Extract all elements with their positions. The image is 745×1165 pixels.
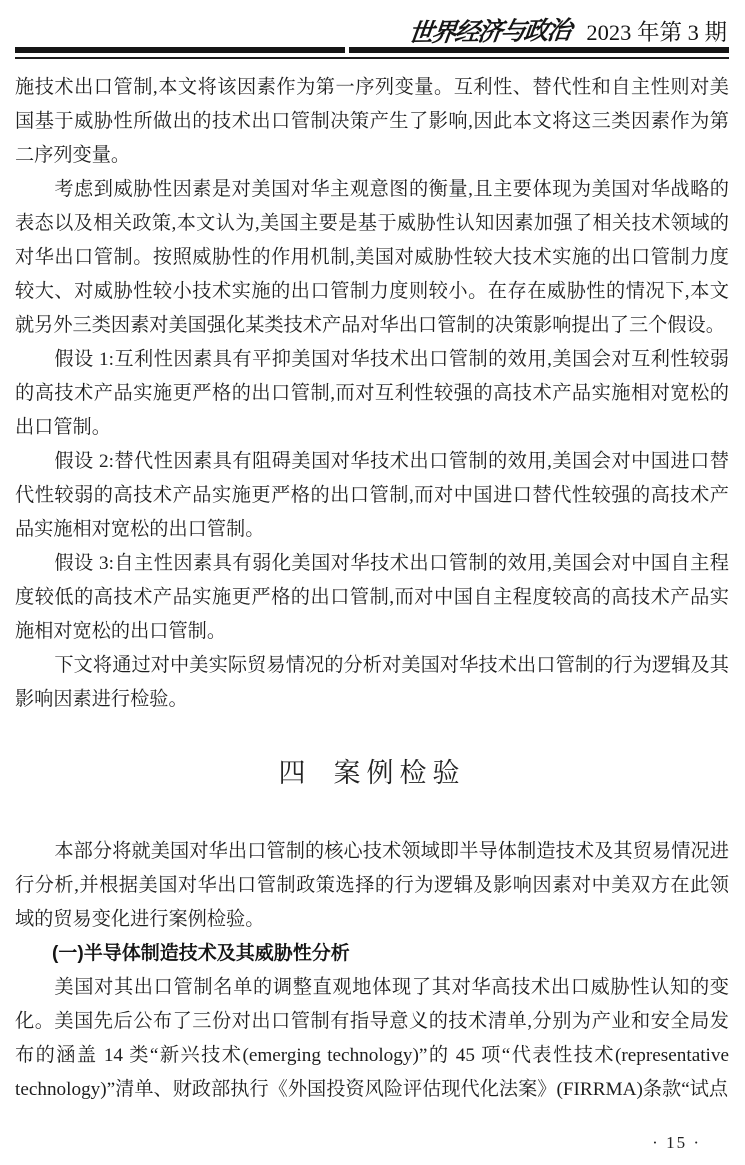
- journal-title-calligraphy: 世界经济与政治: [407, 11, 573, 50]
- page-header: 世界经济与政治 2023 年第 3 期: [15, 12, 729, 43]
- subsection-heading: (一)半导体制造技术及其威胁性分析: [15, 937, 729, 971]
- paragraph-hypothesis-1: 假设 1:互利性因素具有平抑美国对华技术出口管制的效用,美国会对互利性较弱的高技…: [15, 343, 729, 445]
- header-rule-thin: [15, 57, 729, 59]
- article-body: 施技术出口管制,本文将该因素作为第一序列变量。互利性、替代性和自主性则对美国基于…: [15, 71, 729, 1107]
- section-heading: 四案例检验: [15, 753, 729, 793]
- paragraph-control-lists: 美国对其出口管制名单的调整直观地体现了其对华高技术出口威胁性认知的变化。美国先后…: [15, 971, 729, 1107]
- header-rule-thick: [15, 47, 729, 53]
- issue-info: 2023 年第 3 期: [586, 15, 727, 47]
- paragraph-hypothesis-2: 假设 2:替代性因素具有阻碍美国对华技术出口管制的效用,美国会对中国进口替代性较…: [15, 445, 729, 547]
- section-title: 案例检验: [334, 758, 466, 788]
- paragraph-hypothesis-3: 假设 3:自主性因素具有弱化美国对华技术出口管制的效用,美国会对中国自主程度较低…: [15, 547, 729, 649]
- paragraph-transition: 下文将通过对中美实际贸易情况的分析对美国对华技术出口管制的行为逻辑及其影响因素进…: [15, 649, 729, 717]
- paragraph-continuation: 施技术出口管制,本文将该因素作为第一序列变量。互利性、替代性和自主性则对美国基于…: [15, 71, 729, 173]
- section-number: 四: [279, 758, 312, 788]
- paragraph-case-intro: 本部分将就美国对华出口管制的核心技术领域即半导体制造技术及其贸易情况进行分析,并…: [15, 835, 729, 937]
- header-rule-thick-left: [15, 47, 345, 53]
- paragraph-threat-factor: 考虑到威胁性因素是对美国对华主观意图的衡量,且主要体现为美国对华战略的表态以及相…: [15, 173, 729, 343]
- page-number: · 15 ·: [652, 1133, 701, 1153]
- journal-page: 世界经济与政治 2023 年第 3 期 施技术出口管制,本文将该因素作为第一序列…: [0, 0, 745, 1165]
